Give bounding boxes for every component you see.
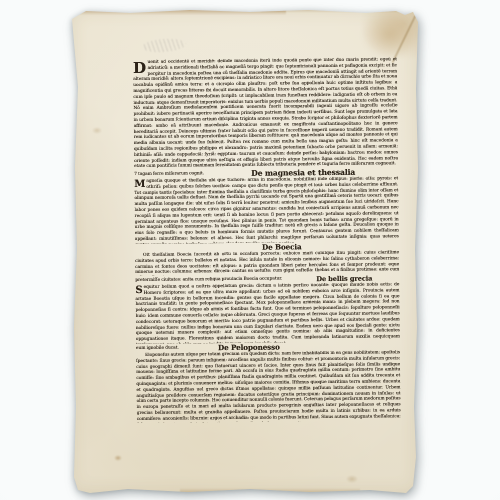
manuscript-leaf: Duenit ad occidentē et meridiē: deinde m… (70, 9, 418, 493)
drop-cap-d: D (133, 60, 146, 75)
section-heading-bellis-grecia: De bellis grecia (316, 275, 372, 284)
foxing-spot (114, 455, 122, 461)
section-heading-boecia: De Boecia (262, 242, 302, 251)
section-heading-magnesia-thessalia: De magnesia et thessalia (251, 168, 355, 178)
section-heading-peloponesso: De Peloponesso (218, 342, 280, 352)
paragraph-tail: eum ignobile ducat. (136, 346, 179, 352)
foxing-spot (346, 475, 358, 483)
top-edge-toning (70, 9, 286, 15)
foxing-spot (92, 127, 102, 134)
drop-cap-m: M (134, 179, 145, 189)
paragraph-text: Eloponeſus autem uſque per totam greciam… (136, 350, 401, 423)
paragraph-text: uenit ad occidentē et meridiē: deinde ma… (133, 57, 398, 169)
paragraph-boecia: Oſt theſſaliam Boecia ſuccedit ab ortu i… (135, 250, 399, 276)
pencil-mark (142, 37, 187, 53)
scan-background: { "colors": { "background_color": "#f2f5… (0, 0, 500, 500)
text-block: Duenit ad occidentē et meridiē: deinde m… (133, 57, 401, 422)
paragraph-magnesia-thessalia: Magneſia quoque et theſſalia ubi que tuc… (134, 176, 399, 244)
left-edge-toning (70, 49, 75, 389)
paragraph-tail: 7 tagam ferre miſerarum cognit. (134, 171, 204, 178)
bottom-edge-toning (180, 488, 360, 493)
paragraph-peloponesus: Eloponeſus autem uſque per totam greciam… (136, 350, 401, 423)
paragraph-bellis-grecia: Sequitur bellum quod a noſtris appellatu… (135, 282, 400, 344)
drop-cap-s: S (135, 285, 142, 295)
manuscript-leaf-wrapper: Duenit ad occidentē et meridiē: deinde m… (70, 9, 418, 493)
paragraph-text: Oſt theſſaliam Boecia ſuccedit ab ortu i… (135, 250, 399, 276)
paragraph-tail: pretermiſſe ciuitates: anita cum reliqua… (135, 277, 282, 284)
paragraph-text: agneſia quoque et theſſalia ubi que tuch… (134, 176, 399, 244)
paragraph-macedonia: Duenit ad occidentē et meridiē: deinde m… (133, 57, 398, 170)
paragraph-text: equitur bellum quod a noſtris appellatum… (135, 282, 399, 344)
